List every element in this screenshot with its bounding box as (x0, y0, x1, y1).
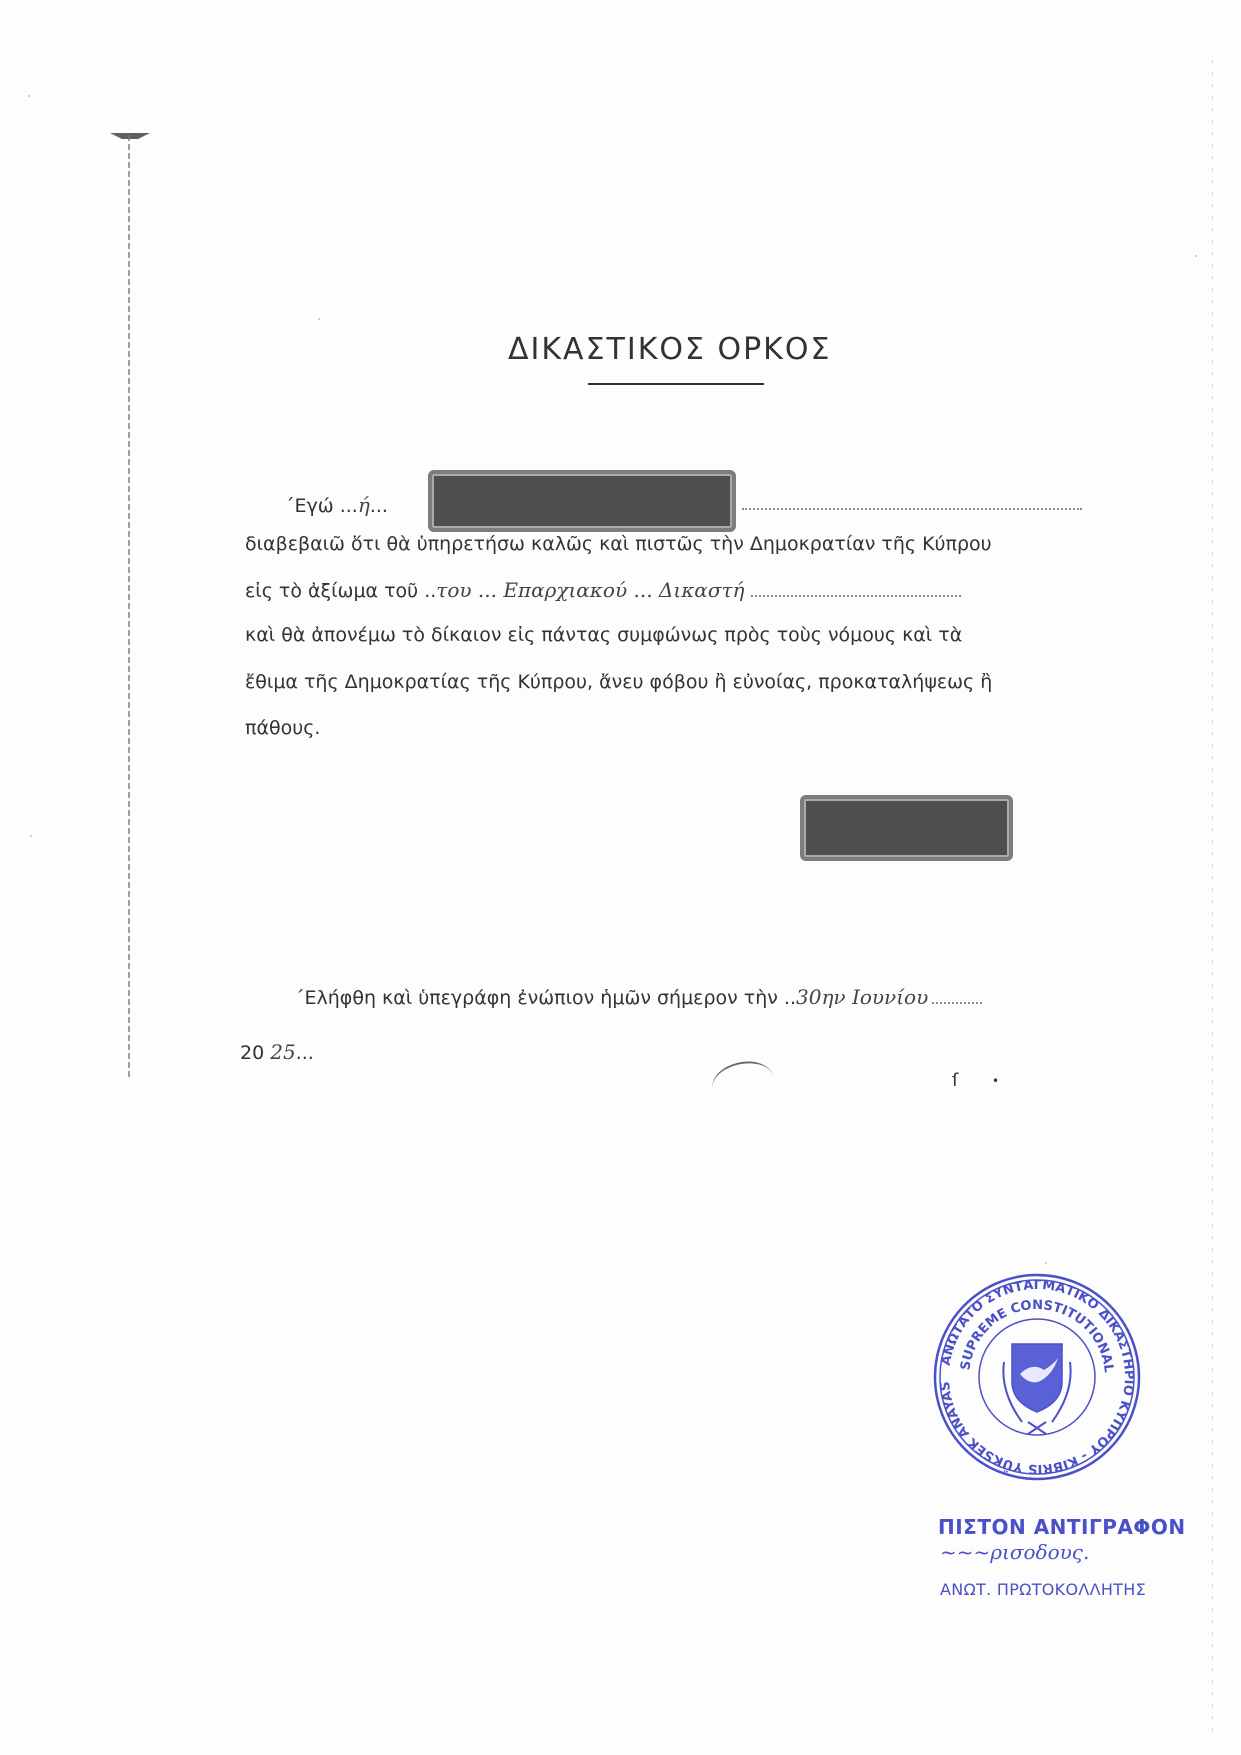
signature-mark: • (992, 1074, 999, 1088)
signature-mark: ſ (952, 1070, 958, 1091)
document-title: ΔΙΚΑΣΤΙΚΟΣ ΟΡΚΟΣ (508, 332, 831, 367)
handwritten-office: του ... Επαρχιακού ... Δικαστή (436, 578, 744, 602)
document-page: ΔΙΚΑΣΤΙΚΟΣ ΟΡΚΟΣ ΄Εγώ ...ή... διαβεβαιῶ … (0, 0, 1241, 1755)
oath-line-4: καὶ θὰ ἀπονέμω τὸ δίκαιον εἰς πάντας συμ… (245, 624, 962, 646)
year-line: 20 25... (240, 1040, 314, 1064)
registrar-signature: ~~~ρισοδους. (940, 1540, 1089, 1564)
scan-edge (1212, 60, 1213, 1740)
redacted-name (428, 470, 736, 532)
attestation-line: ΄Ελήφθη καὶ ὑπεγράφη ἐνώπιον ἡμῶν σήμερο… (295, 985, 982, 1009)
redacted-signature (800, 795, 1013, 861)
oath-line-1-dots (742, 493, 1082, 515)
binding-mark (110, 133, 150, 139)
cyprus-coat-of-arms-icon (1003, 1344, 1070, 1434)
handwritten-date: 30ην Ιουνίου (796, 985, 928, 1009)
handwritten-year: 25 (270, 1040, 295, 1064)
oath-line-1: ΄Εγώ ...ή... (285, 493, 388, 517)
oath-line-5: ἔθιμα τῆς Δημοκρατίας τῆς Κύπρου, ἄνευ φ… (245, 671, 992, 693)
oath-line-3: εἰς τὸ ἀξίωμα τοῦ ..του ... Επαρχιακού .… (245, 578, 961, 602)
certified-copy-title: ΠΙΣΤΟΝ ΑΝΤΙΓΡΑΦΟΝ (938, 1515, 1186, 1539)
handwritten-initial: ή (358, 493, 370, 517)
judge-signature (708, 1056, 777, 1110)
oath-line-6: πάθους. (245, 717, 320, 739)
registrar-role: ΑΝΩΤ. ΠΡΩΤΟΚΟΛΛΗΤΗΣ (940, 1580, 1146, 1599)
title-underline (588, 383, 764, 385)
oath-line-2: διαβεβαιῶ ὅτι θὰ ὑπηρετήσω καλῶς καὶ πισ… (245, 533, 992, 555)
court-seal-stamp: ΑΝΩΤΑΤΟ ΣΥΝΤΑΓΜΑΤΙΚΟ ΔΙΚΑΣΤΗΡΙΟ ΚΥΠΡΟΥ -… (932, 1272, 1142, 1482)
binding-line (128, 135, 130, 1080)
